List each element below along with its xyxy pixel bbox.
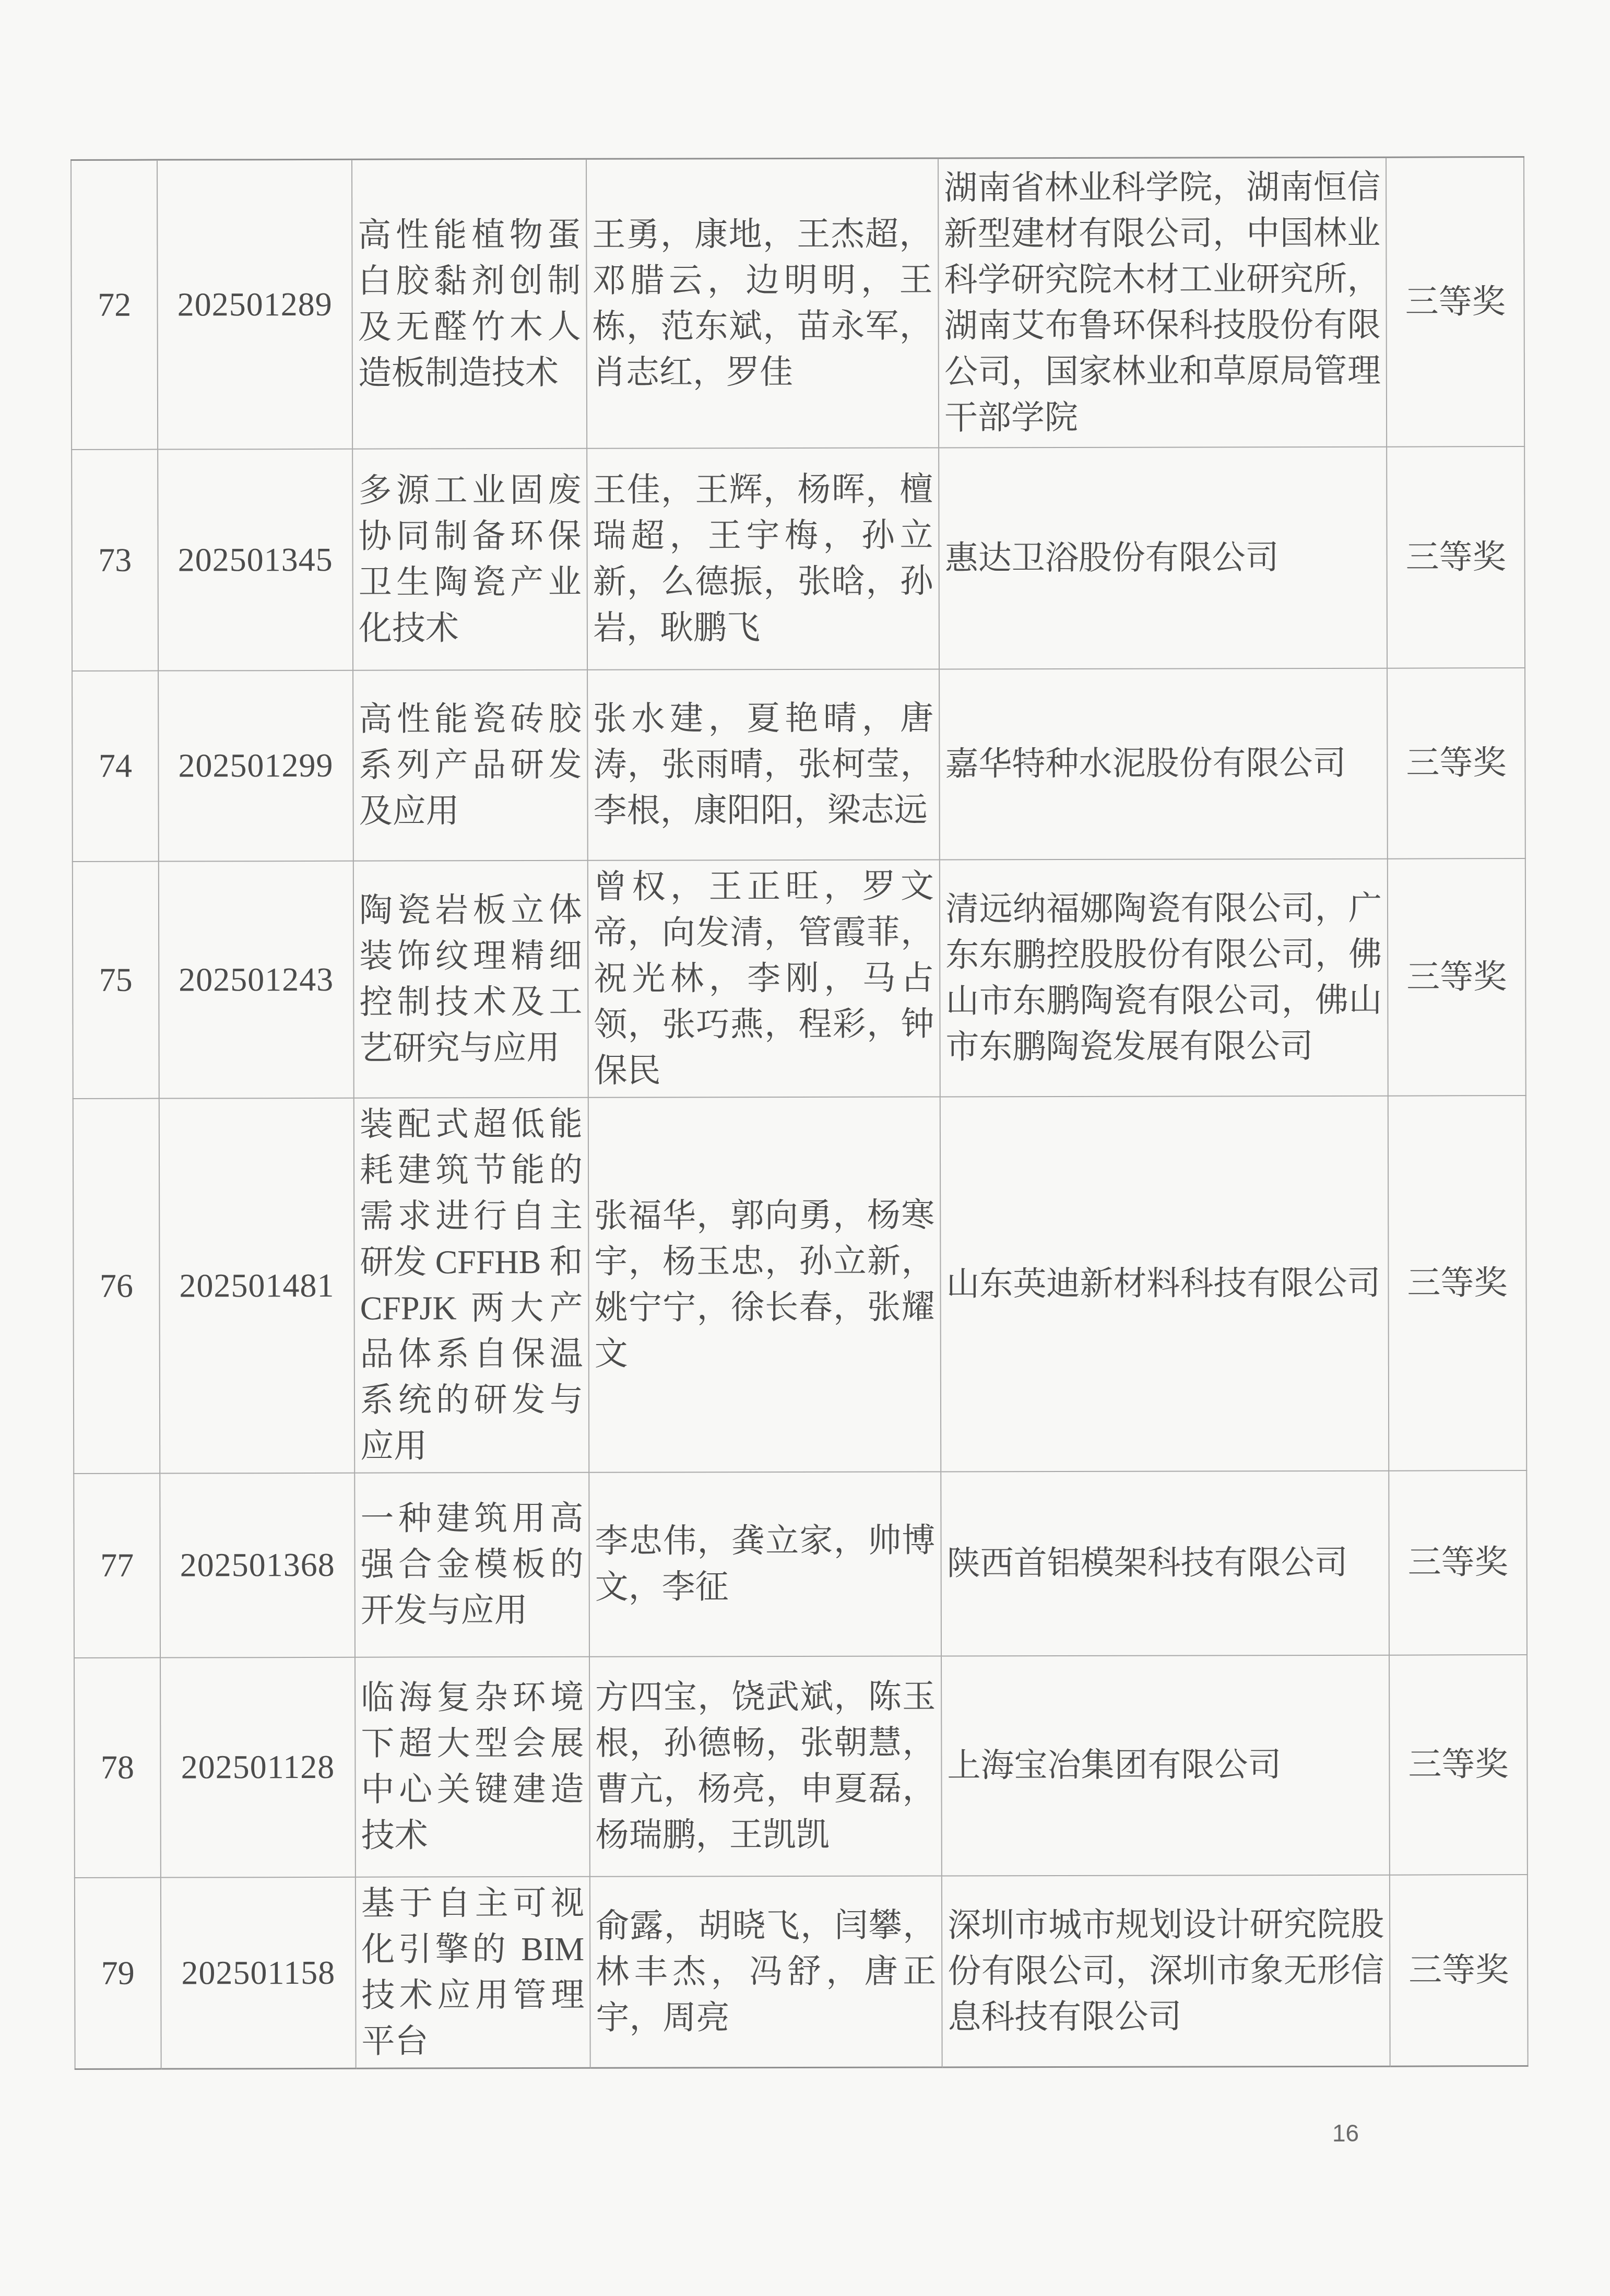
cell-row-number: 77	[74, 1473, 160, 1657]
cell-organizations: 上海宝冶集团有限公司	[941, 1655, 1390, 1876]
cell-project-title: 多源工业固废协同制备环保卫生陶瓷产业化技术	[352, 448, 587, 670]
cell-project-id: 202501345	[158, 449, 353, 670]
cell-organizations: 深圳市城市规划设计研究院股份有限公司，深圳市象无形信息科技有限公司	[942, 1875, 1390, 2067]
cell-contributors: 王佳，王辉，杨晖，檀瑞超，王宇梅，孙立新，么德振，张晗，孙岩，耿鹏飞	[587, 448, 939, 669]
cell-row-number: 78	[74, 1657, 161, 1877]
cell-award-level: 三等奖	[1388, 858, 1526, 1096]
cell-project-id: 202501289	[157, 159, 352, 449]
table-row: 74 202501299 高性能瓷砖胶系列产品研发及应用 张水建，夏艳晴，唐涛，…	[72, 668, 1525, 862]
cell-row-number: 76	[73, 1098, 160, 1473]
cell-award-level: 三等奖	[1387, 446, 1525, 668]
cell-contributors: 李忠伟，龚立家，帅博文，李征	[589, 1471, 941, 1656]
awards-table-body: 72 202501289 高性能植物蛋白胶黏剂创制及无醛竹木人造板制造技术 王勇…	[71, 157, 1528, 2069]
cell-project-id: 202501158	[161, 1877, 356, 2068]
cell-project-id: 202501481	[159, 1098, 355, 1473]
table-row: 78 202501128 临海复杂环境下超大型会展中心关键建造技术 方四宝，饶武…	[74, 1655, 1528, 1878]
awards-table: 72 202501289 高性能植物蛋白胶黏剂创制及无醛竹木人造板制造技术 王勇…	[70, 156, 1529, 2069]
cell-contributors: 张福华，郭向勇，杨寒宇，杨玉忠，孙立新，姚宁宁，徐长春，张耀文	[588, 1097, 941, 1472]
cell-project-id: 202501243	[159, 861, 354, 1098]
cell-row-number: 75	[73, 861, 159, 1098]
cell-row-number: 79	[75, 1877, 161, 2069]
scanned-document-page: 72 202501289 高性能植物蛋白胶黏剂创制及无醛竹木人造板制造技术 王勇…	[0, 0, 1610, 2296]
table-row: 72 202501289 高性能植物蛋白胶黏剂创制及无醛竹木人造板制造技术 王勇…	[71, 157, 1524, 450]
cell-contributors: 张水建，夏艳晴，唐涛，张雨晴，张柯莹，李根，康阳阳，梁志远	[587, 669, 940, 860]
cell-organizations: 惠达卫浴股份有限公司	[939, 446, 1387, 669]
table-row: 77 202501368 一种建筑用高强合金模板的开发与应用 李忠伟，龚立家，帅…	[74, 1470, 1527, 1658]
cell-project-title: 高性能瓷砖胶系列产品研发及应用	[353, 669, 588, 861]
cell-project-title: 陶瓷岩板立体装饰纹理精细控制技术及工艺研究与应用	[353, 860, 588, 1098]
cell-award-level: 三等奖	[1389, 1655, 1528, 1875]
cell-row-number: 74	[72, 670, 159, 861]
cell-contributors: 曾权，王正旺，罗文帝，向发清，管霞菲，祝光林，李刚，马占领，张巧燕，程彩，钟保民	[588, 859, 940, 1097]
table-row: 75 202501243 陶瓷岩板立体装饰纹理精细控制技术及工艺研究与应用 曾权…	[73, 858, 1526, 1099]
cell-award-level: 三等奖	[1388, 1096, 1527, 1471]
cell-contributors: 王勇，康地，王杰超，邓腊云，边明明，王栋，范东斌，苗永军，肖志红，罗佳	[586, 158, 939, 448]
page-number: 16	[1332, 2119, 1359, 2147]
cell-project-id: 202501299	[158, 670, 353, 861]
cell-contributors: 方四宝，饶武斌，陈玉根，孙德畅，张朝慧，曹亢，杨亮，申夏磊，杨瑞鹏，王凯凯	[589, 1656, 942, 1876]
cell-organizations: 嘉华特种水泥股份有限公司	[939, 668, 1388, 859]
table-row: 76 202501481 装配式超低能耗建筑节能的需求进行自主研发 CFFHB …	[73, 1096, 1526, 1474]
table-row: 79 202501158 基于自主可视化引擎的 BIM 技术应用管理平台 俞露，…	[75, 1875, 1528, 2069]
cell-organizations: 陕西首铝模架科技有限公司	[941, 1470, 1389, 1656]
cell-award-level: 三等奖	[1386, 157, 1524, 447]
cell-row-number: 72	[71, 160, 158, 449]
cell-project-title: 基于自主可视化引擎的 BIM 技术应用管理平台	[356, 1876, 590, 2068]
cell-project-title: 临海复杂环境下超大型会展中心关键建造技术	[355, 1656, 590, 1877]
cell-organizations: 清远纳福娜陶瓷有限公司，广东东鹏控股股份有限公司，佛山市东鹏陶瓷有限公司，佛山市…	[940, 858, 1388, 1097]
cell-project-id: 202501368	[160, 1473, 355, 1657]
cell-row-number: 73	[72, 449, 158, 670]
cell-project-id: 202501128	[160, 1657, 356, 1877]
cell-project-title: 一种建筑用高强合金模板的开发与应用	[354, 1472, 589, 1657]
cell-project-title: 高性能植物蛋白胶黏剂创制及无醛竹木人造板制造技术	[352, 159, 587, 449]
cell-award-level: 三等奖	[1389, 1470, 1527, 1655]
cell-contributors: 俞露，胡晓飞，闫攀，林丰杰，冯舒，唐正宇，周亮	[590, 1876, 942, 2068]
cell-organizations: 湖南省林业科学院，湖南恒信新型建材有限公司，中国林业科学研究院木材工业研究所，湖…	[938, 157, 1387, 448]
cell-award-level: 三等奖	[1390, 1875, 1528, 2066]
table-row: 73 202501345 多源工业固废协同制备环保卫生陶瓷产业化技术 王佳，王辉…	[72, 446, 1525, 671]
cell-award-level: 三等奖	[1387, 668, 1525, 859]
cell-project-title: 装配式超低能耗建筑节能的需求进行自主研发 CFFHB 和 CFPJK 两大产品体…	[354, 1097, 589, 1473]
cell-organizations: 山东英迪新材料科技有限公司	[940, 1096, 1389, 1471]
